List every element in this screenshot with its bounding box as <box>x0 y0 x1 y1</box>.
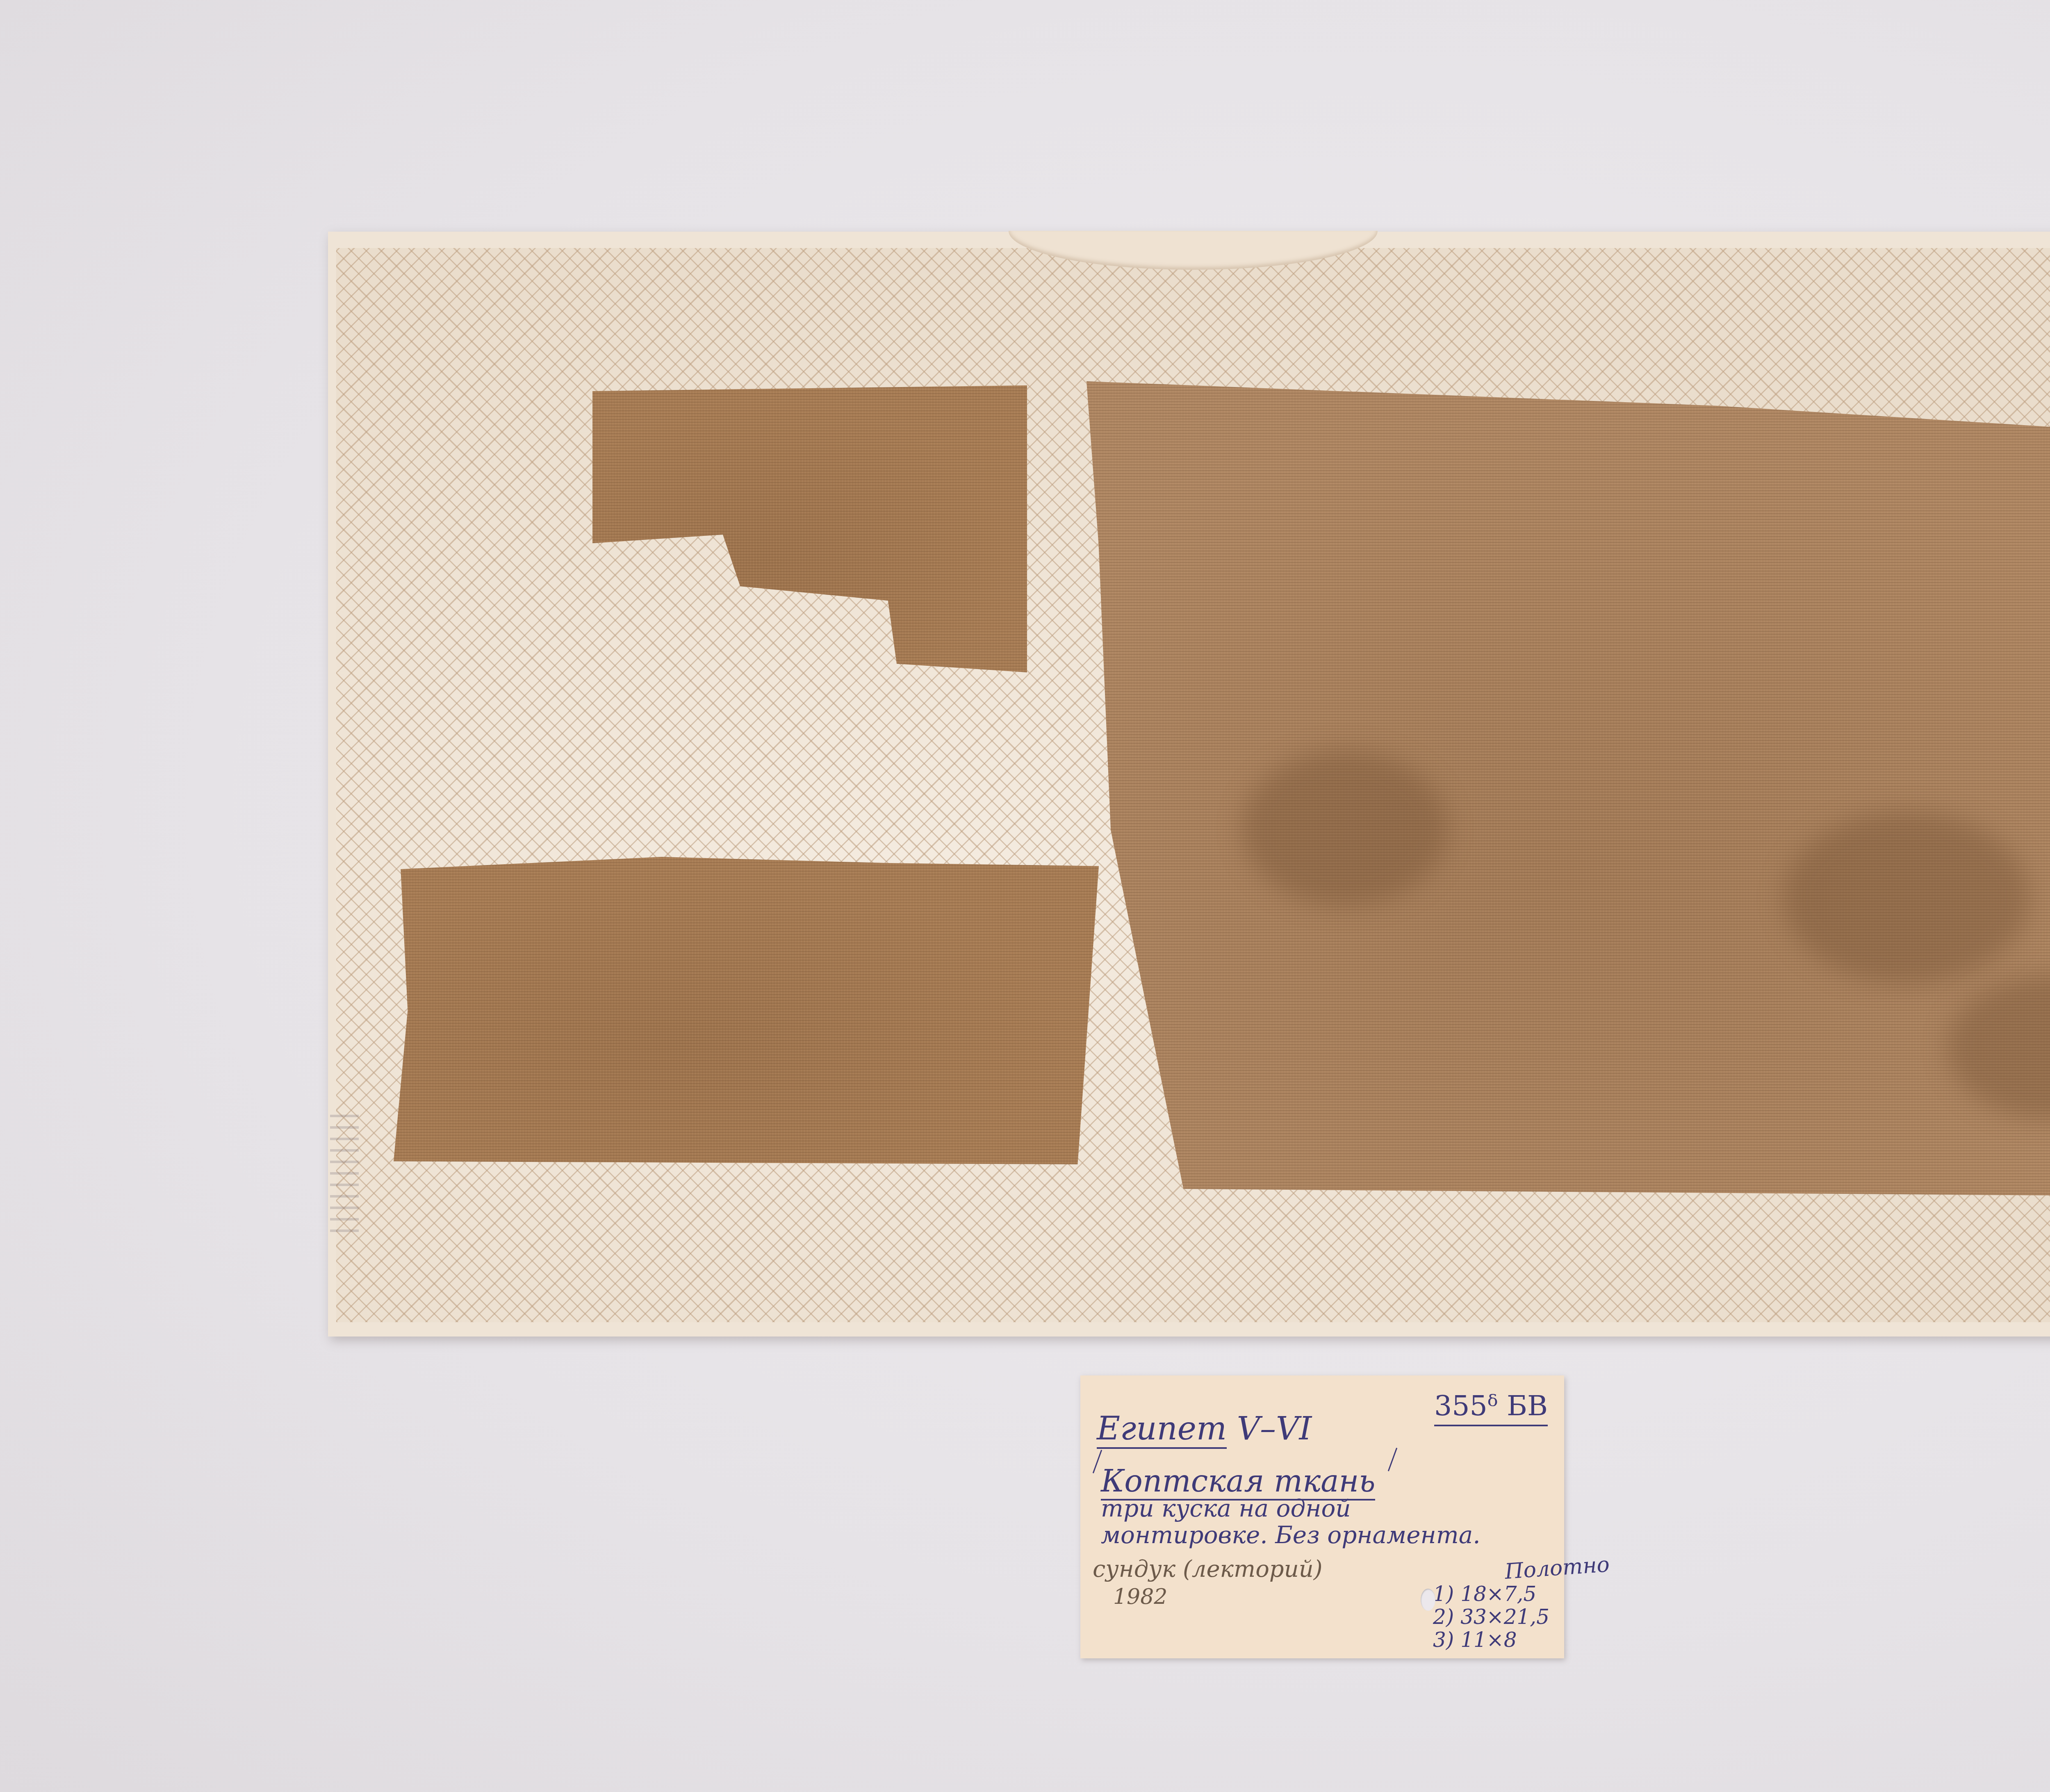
stain <box>1783 812 2029 984</box>
year: 1982 <box>1113 1585 1167 1609</box>
textile-fragment-3 <box>394 857 1099 1164</box>
stain <box>1947 976 2050 1119</box>
punch-hole <box>1421 1589 1435 1611</box>
textile-fragment-2 <box>1086 381 2050 1197</box>
pen-tick <box>1388 1448 1397 1471</box>
dimensions-list: 1) 18×7,5 2) 33×21,5 3) 11×8 <box>1433 1583 1549 1651</box>
description-line-1: три куска на одной <box>1101 1494 1351 1522</box>
catalogue-card: 355ᵟ БВ Египет V–VI Коптская ткань три к… <box>1080 1375 1564 1658</box>
dimension-2: 2) 33×21,5 <box>1433 1605 1549 1628</box>
storage-location: сундук (лекторий) <box>1093 1556 1323 1583</box>
inventory-number: 355ᵟ БВ <box>1434 1390 1548 1426</box>
description-line-2: монтировке. Без орнамента. <box>1101 1521 1481 1549</box>
region: Египет <box>1097 1410 1227 1449</box>
region-line: Египет V–VI <box>1097 1410 1312 1447</box>
stain <box>1242 750 1447 906</box>
centuries: V–VI <box>1237 1410 1312 1447</box>
dimension-1: 1) 18×7,5 <box>1433 1583 1549 1605</box>
pencil-marking <box>330 1109 359 1232</box>
dimension-3: 3) 11×8 <box>1433 1628 1549 1651</box>
